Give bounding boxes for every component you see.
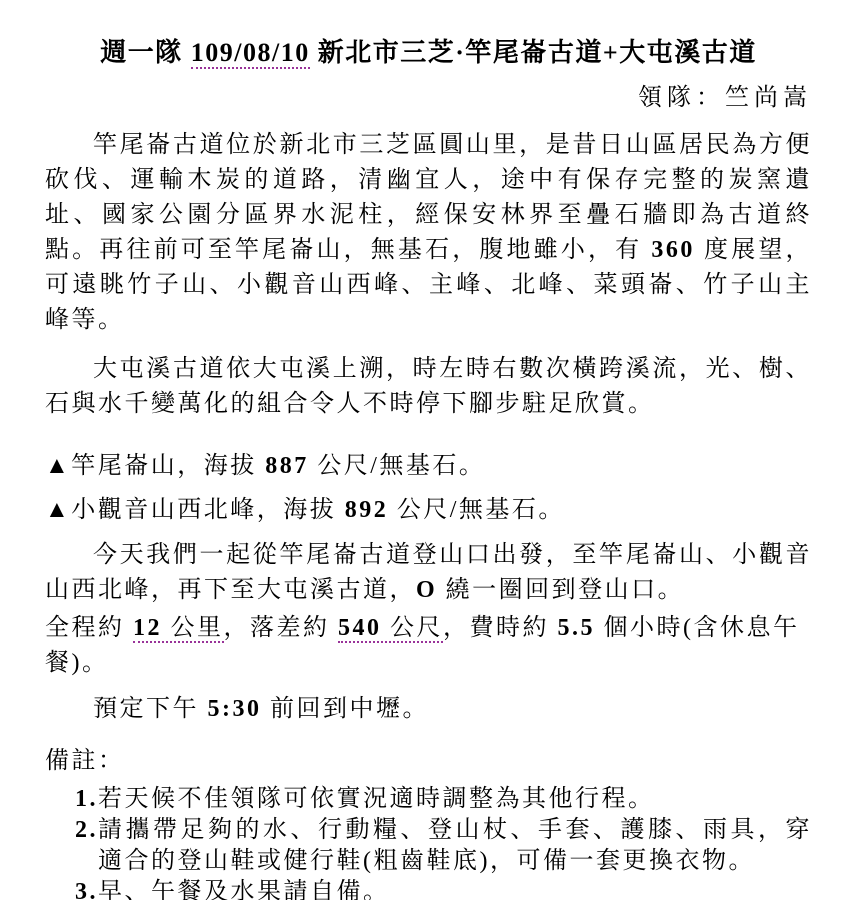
datunxi-paragraph: 大屯溪古道依大屯溪上溯，時左時右數次橫跨溪流，光、樹、石與水千變萬化的組合令人不… bbox=[45, 352, 812, 422]
drop-unit: 公尺 bbox=[382, 615, 444, 641]
document-title: 週一隊 109/08/10 新北市三芝·竿尾崙古道+大屯溪古道 bbox=[45, 34, 812, 72]
notes-list: 1. 若天候不佳領隊可依實況適時調整為其他行程。 2. 請攜帶足夠的水、行動糧、… bbox=[45, 784, 812, 900]
drop-spellcheck-underline: 540 公尺 bbox=[338, 615, 443, 643]
title-prefix: 週一隊 bbox=[100, 38, 191, 67]
return-time-value: 5:30 bbox=[208, 696, 262, 722]
distance-spellcheck-underline: 12 公里 bbox=[133, 615, 224, 643]
title-date-spellcheck-underline: 109/08/10 bbox=[191, 38, 310, 69]
time-value: 5.5 bbox=[558, 615, 596, 641]
peak-line-ganweilun: ▲竿尾崙山，海拔 887 公尺/無基石。 bbox=[45, 449, 812, 484]
route-paragraph: 今天我們一起從竿尾崙古道登山口出發，至竿尾崙山、小觀音山西北峰，再下至大屯溪古道… bbox=[45, 538, 812, 608]
peak-name-and-label: 竿尾崙山，海拔 bbox=[71, 453, 265, 479]
loop-letter-o: O bbox=[416, 577, 437, 603]
peak-elevation-value: 887 bbox=[265, 453, 309, 479]
peak-line-xiaoguanyin: ▲小觀音山西北峰，海拔 892 公尺/無基石。 bbox=[45, 493, 812, 528]
peak-name-and-label: 小觀音山西北峰，海拔 bbox=[71, 497, 345, 523]
view-degrees-value: 360 bbox=[651, 237, 695, 263]
stats-distance-label: 全程約 bbox=[45, 615, 133, 641]
intro-paragraph: 竿尾崙古道位於新北市三芝區圓山里，是昔日山區居民為方便砍伐、運輸木炭的道路，清幽… bbox=[45, 128, 812, 338]
title-suffix: 新北市三芝·竿尾崙古道+大屯溪古道 bbox=[310, 38, 757, 67]
peak-elevation-value: 892 bbox=[345, 497, 389, 523]
stats-time-label: ，費時約 bbox=[443, 615, 558, 641]
note-text: 早、午餐及水果請自備。 bbox=[98, 877, 812, 900]
route-text-after: 繞一圈回到登山口。 bbox=[437, 577, 684, 603]
note-text: 若天候不佳領隊可依實況適時調整為其他行程。 bbox=[98, 784, 812, 815]
stats-line: 全程約 12 公里，落差約 540 公尺，費時約 5.5 個小時(含休息午餐)。 bbox=[45, 611, 812, 681]
return-time-line: 預定下午 5:30 前回到中壢。 bbox=[45, 692, 812, 727]
note-number: 1. bbox=[75, 784, 98, 815]
note-item-1: 1. 若天候不佳領隊可依實況適時調整為其他行程。 bbox=[75, 784, 812, 815]
triangle-peak-icon: ▲ bbox=[45, 453, 71, 479]
document-page: 週一隊 109/08/10 新北市三芝·竿尾崙古道+大屯溪古道 領隊：竺尚嵩 竿… bbox=[0, 0, 854, 900]
stats-drop-label: ，落差約 bbox=[224, 615, 339, 641]
leader-line: 領隊：竺尚嵩 bbox=[45, 81, 812, 116]
distance-value: 12 bbox=[133, 615, 162, 641]
note-number: 2. bbox=[75, 815, 98, 846]
peak-unit-suffix: 公尺/無基石。 bbox=[388, 497, 565, 523]
notes-heading: 備註： bbox=[45, 744, 812, 779]
note-number: 3. bbox=[75, 877, 98, 900]
drop-value: 540 bbox=[338, 615, 382, 641]
note-text: 請攜帶足夠的水、行動糧、登山杖、手套、護膝、雨具，穿適合的登山鞋或健行鞋(粗齒鞋… bbox=[98, 815, 812, 877]
return-text-after: 前回到中壢。 bbox=[262, 696, 430, 722]
return-text-before: 預定下午 bbox=[93, 696, 208, 722]
note-item-2: 2. 請攜帶足夠的水、行動糧、登山杖、手套、護膝、雨具，穿適合的登山鞋或健行鞋(… bbox=[75, 815, 812, 877]
note-item-3: 3. 早、午餐及水果請自備。 bbox=[75, 877, 812, 900]
triangle-peak-icon: ▲ bbox=[45, 497, 71, 523]
distance-unit: 公里 bbox=[162, 615, 224, 641]
peak-unit-suffix: 公尺/無基石。 bbox=[309, 453, 486, 479]
